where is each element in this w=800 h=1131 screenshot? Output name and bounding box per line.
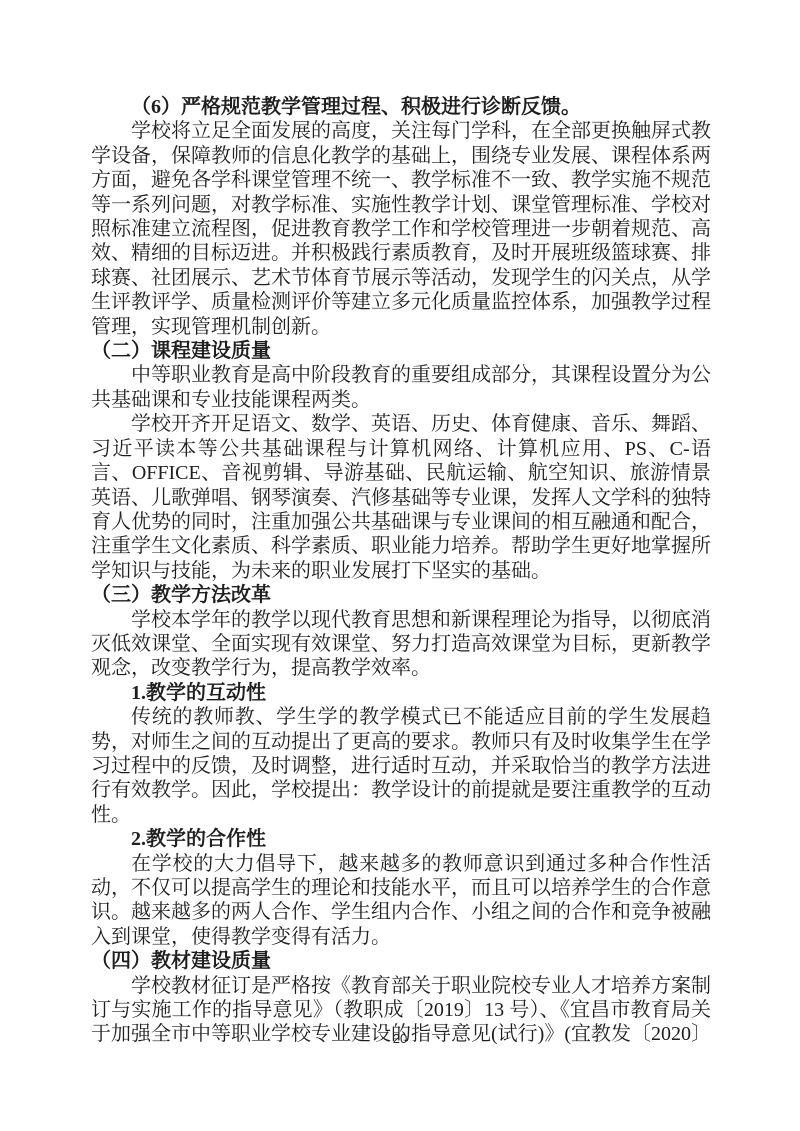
document-body: （6）严格规范教学管理过程、积极进行诊断反馈。学校将立足全面发展的高度，关注每门… <box>91 95 711 1047</box>
document-page: （6）严格规范教学管理过程、积极进行诊断反馈。学校将立足全面发展的高度，关注每门… <box>0 0 800 1131</box>
section-heading-4: （四）教材建设质量 <box>91 949 711 973</box>
section-heading-6: （6）严格规范教学管理过程、积极进行诊断反馈。 <box>91 95 711 119</box>
subsection-heading-1: 1.教学的互动性 <box>91 681 711 705</box>
subsection-heading-2: 2.教学的合作性 <box>91 827 711 851</box>
paragraph: 学校将立足全面发展的高度，关注每门学科，在全部更换触屏式教学设备，保障教师的信息… <box>91 119 711 339</box>
paragraph: 在学校的大力倡导下，越来越多的教师意识到通过多种合作性活动，不仅可以提高学生的理… <box>91 852 711 950</box>
page-footer: 20 <box>0 1031 800 1046</box>
page-number: 20 <box>393 1031 407 1046</box>
paragraph: 传统的教师教、学生学的教学模式已不能适应目前的学生发展趋势，对师生之间的互动提出… <box>91 705 711 827</box>
paragraph: 学校开齐开足语文、数学、英语、历史、体育健康、音乐、舞蹈、习近平读本等公共基础课… <box>91 412 711 583</box>
paragraph: 学校本学年的教学以现代教育思想和新课程理论为指导，以彻底消灭低效课堂、全面实现有… <box>91 608 711 681</box>
paragraph: 中等职业教育是高中阶段教育的重要组成部分，其课程设置分为公共基础课和专业技能课程… <box>91 363 711 412</box>
section-heading-3: （三）教学方法改革 <box>91 583 711 607</box>
section-heading-2: （二）课程建设质量 <box>91 339 711 363</box>
